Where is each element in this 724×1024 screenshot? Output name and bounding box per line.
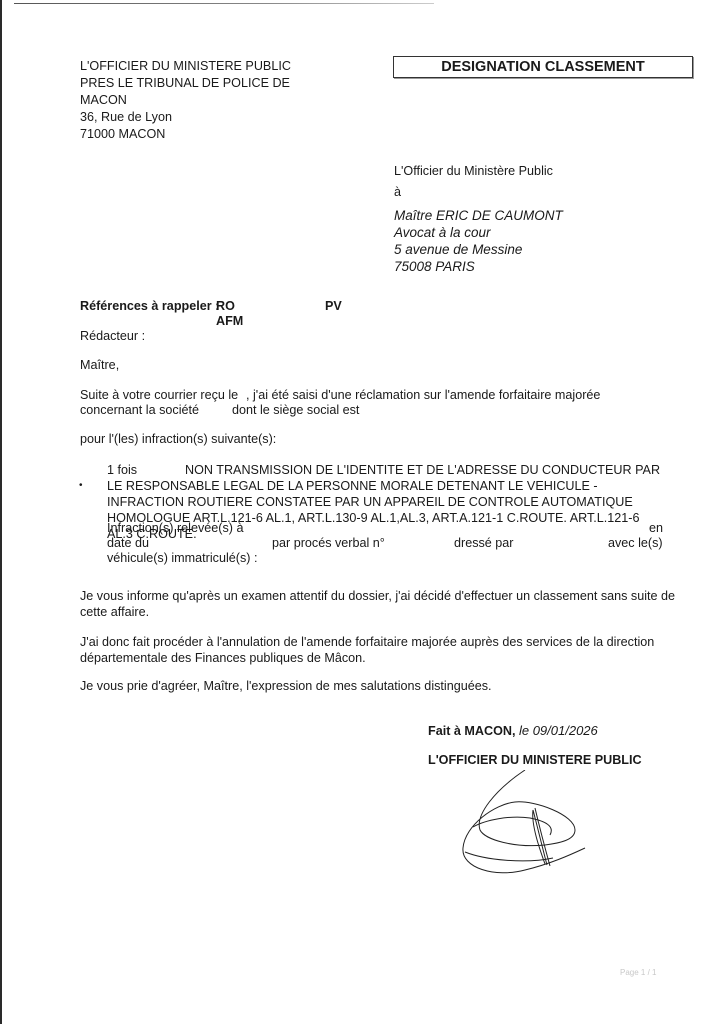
recipient-line: Avocat à la cour [394, 224, 563, 241]
recipient-line: Maître ERIC DE CAUMONT [394, 207, 563, 224]
signatory-title: L'OFFICIER DU MINISTERE PUBLIC [428, 752, 642, 768]
infraction-vehicule-label: véhicule(s) immatriculé(s) : [107, 550, 257, 566]
infraction-dresse-label: dressé par [454, 535, 514, 551]
fait-a: Fait à MACON, [428, 724, 515, 738]
paragraph-1-part-4: dont le siège social est [232, 402, 359, 418]
sender-line: PRES LE TRIBUNAL DE POLICE DE [80, 75, 291, 92]
recipient-from: L'Officier du Ministère Public [394, 163, 553, 179]
scan-edge [0, 0, 2, 1024]
bullet-icon: • [79, 478, 83, 494]
sender-address: L'OFFICIER DU MINISTERE PUBLIC PRES LE T… [80, 58, 291, 143]
paragraph-1-part-3: concernant la société [80, 402, 199, 418]
letter-date: le 09/01/2026 [519, 723, 598, 738]
closing-formula: Je vous prie d'agréer, Maître, l'express… [80, 678, 492, 694]
reference-ro: RO [216, 298, 235, 314]
infractions-intro: pour l'(les) infraction(s) suivante(s): [80, 431, 276, 447]
paragraph-1-part-2: , j'ai été saisi d'une réclamation sur l… [246, 387, 600, 403]
recipient-line: 5 avenue de Messine [394, 241, 563, 258]
sender-line: 36, Rue de Lyon [80, 109, 291, 126]
signature-icon [455, 770, 615, 880]
sender-line: MACON [80, 92, 291, 109]
infraction-pv-label: par procés verbal n° [272, 535, 385, 551]
salutation: Maître, [80, 357, 119, 373]
recipient-address: Maître ERIC DE CAUMONT Avocat à la cour … [394, 207, 563, 275]
reference-pv: PV [325, 298, 342, 314]
recipient-line: 75008 PARIS [394, 258, 563, 275]
page-number: Page 1 / 1 [620, 965, 656, 981]
place-date: Fait à MACON, le 09/01/2026 [428, 723, 598, 739]
sender-line: 71000 MACON [80, 126, 291, 143]
paragraph-2: Je vous informe qu'après un examen atten… [80, 588, 680, 620]
references-label: Références à rappeler : [80, 298, 219, 314]
infraction-date-label: date du [107, 535, 149, 551]
top-rule [14, 3, 434, 4]
paragraph-3: J'ai donc fait procéder à l'annulation d… [80, 634, 680, 666]
sender-line: L'OFFICIER DU MINISTERE PUBLIC [80, 58, 291, 75]
reference-afm: AFM [216, 313, 243, 329]
infraction-avec-label: avec le(s) [608, 535, 663, 551]
paragraph-1-part-1: Suite à votre courrier reçu le [80, 387, 238, 403]
infraction-releve-label: Infraction(s) relevée(s) à [107, 520, 243, 536]
recipient-to-word: à [394, 184, 401, 200]
redacteur-label: Rédacteur : [80, 328, 145, 344]
infraction-en-label: en [649, 520, 663, 536]
designation-box: DESIGNATION CLASSEMENT [393, 56, 693, 78]
